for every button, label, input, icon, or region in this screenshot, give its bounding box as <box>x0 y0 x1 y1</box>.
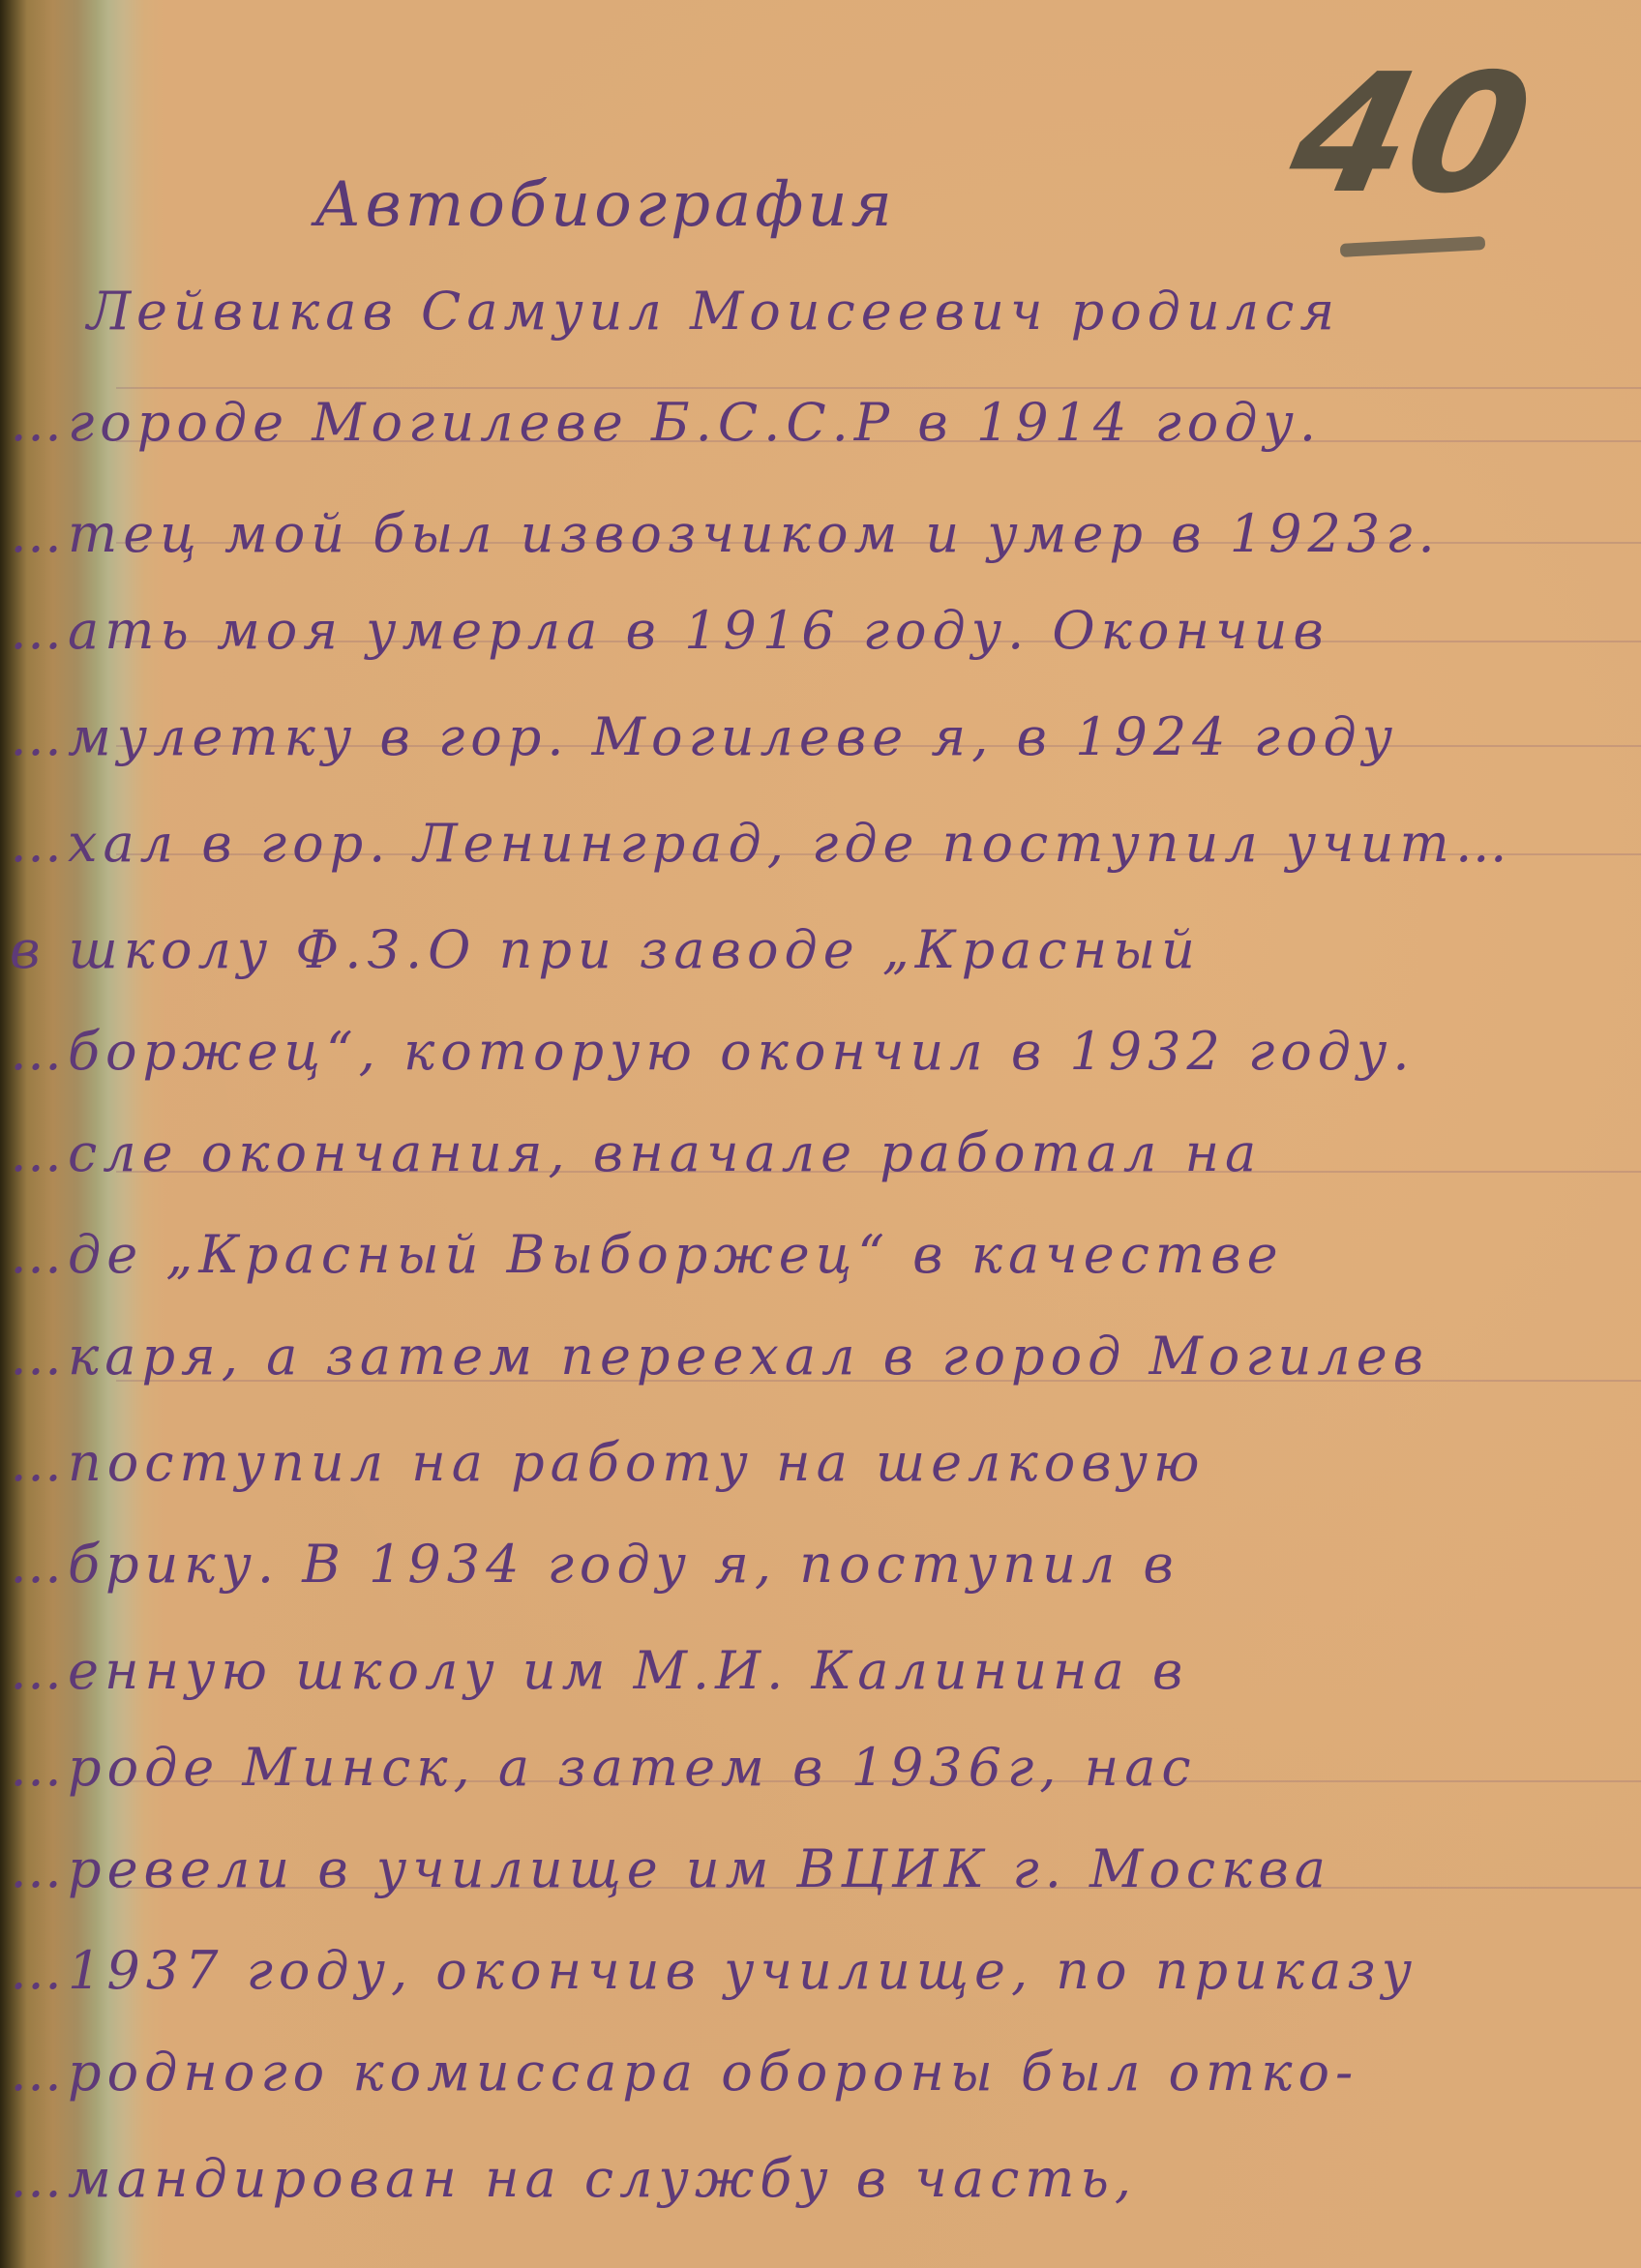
text-line-8: …боржец“, которую окончил в 1932 году. <box>10 1026 1416 1078</box>
text-line-16: …ревели в училище им ВЦИК г. Москва <box>10 1843 1331 1895</box>
text-line-2: …городе Могилеве Б.С.С.Р в 1914 году. <box>10 397 1322 449</box>
text-line-13: …брику. В 1934 году я, поступил в <box>10 1538 1179 1591</box>
text-line-10: …де „Красный Выборжец“ в качестве <box>10 1229 1284 1281</box>
text-line-9: …сле окончания, вначале работал на <box>10 1127 1262 1179</box>
text-line-7: в школу Ф.З.О при заводе „Красный <box>10 924 1201 976</box>
archival-page-number: 40 <box>1276 39 1546 230</box>
text-line-19: …мандирован на службу в часть, <box>10 2153 1137 2205</box>
ruled-line <box>116 387 1641 389</box>
text-line-1: Лейвикав Самуил Моисеевич родился <box>87 285 1340 338</box>
text-line-15: …роде Минск, а затем в 1936г, нас <box>10 1742 1197 1794</box>
text-line-3: …тец мой был извозчиком и умер в 1923г. <box>10 508 1441 560</box>
document-title: Автобиография <box>314 169 896 241</box>
text-line-17: …1937 году, окончив училище, по приказу <box>10 1945 1417 1997</box>
document-page: 40 Автобиография Лейвикав Самуил Моисеев… <box>0 0 1641 2268</box>
text-line-14: …енную школу им М.И. Калинина в <box>10 1645 1188 1697</box>
text-line-11: …каря, а затем переехал в город Могилев <box>10 1330 1429 1383</box>
text-line-12: …поступил на работу на шелковую <box>10 1437 1206 1489</box>
page-number-underline <box>1340 236 1486 257</box>
text-line-5: …мулетку в гор. Могилеве я, в 1924 году <box>10 711 1398 763</box>
text-line-4: …ать моя умерла в 1916 году. Окончив <box>10 605 1329 657</box>
text-line-6: …хал в гор. Ленинград, где поступил учит… <box>10 818 1513 870</box>
text-line-18: …родного комиссара обороны был отко- <box>10 2046 1358 2099</box>
